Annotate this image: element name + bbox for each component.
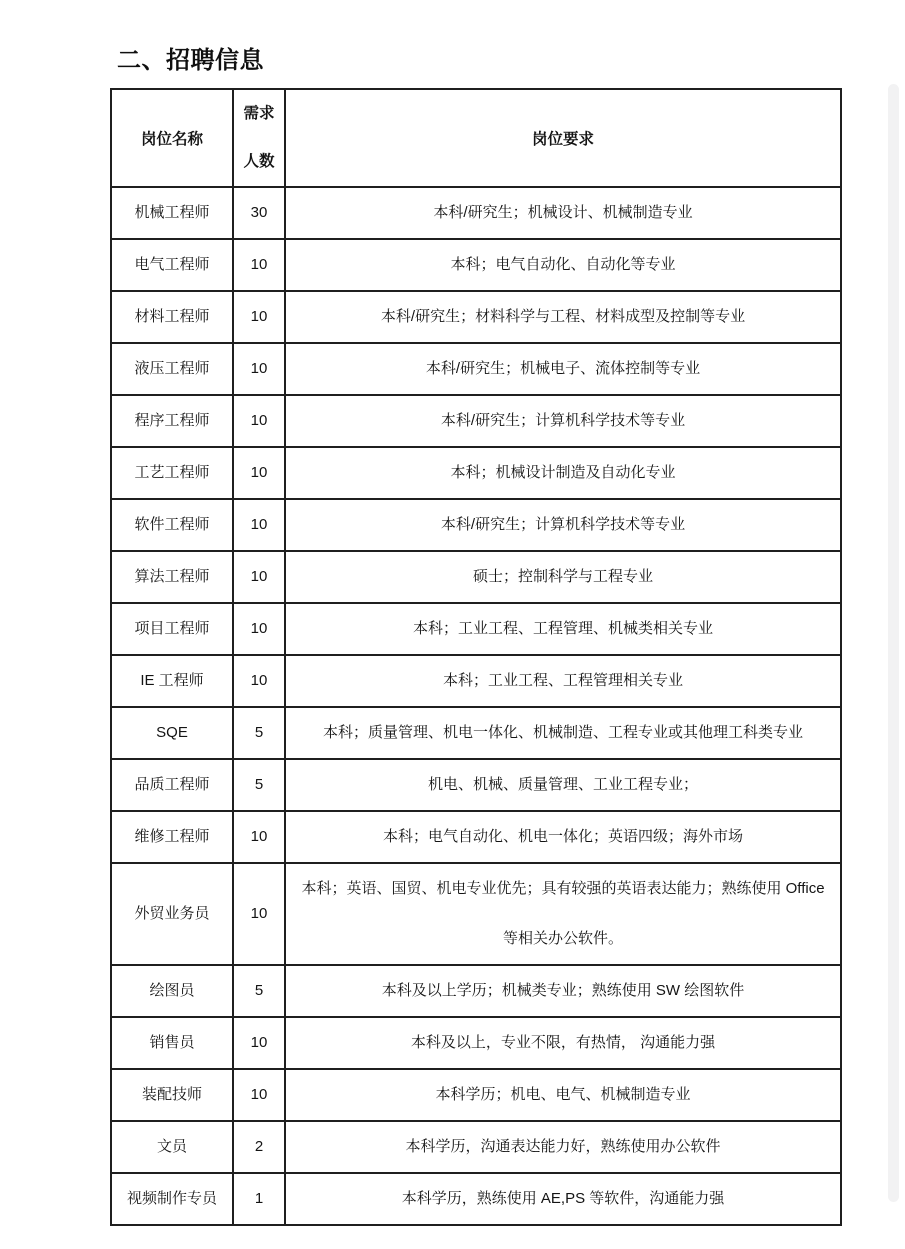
- table-row: 销售员10本科及以上，专业不限，有热情， 沟通能力强: [111, 1017, 841, 1069]
- cell-requirement: 本科/研究生；材料科学与工程、材料成型及控制等专业: [285, 291, 841, 343]
- cell-position: 电气工程师: [111, 239, 233, 291]
- cell-position: 材料工程师: [111, 291, 233, 343]
- cell-requirement: 本科/研究生；机械设计、机械制造专业: [285, 187, 841, 239]
- cell-requirement: 硕士；控制科学与工程专业: [285, 551, 841, 603]
- cell-position: 品质工程师: [111, 759, 233, 811]
- header-requirements: 岗位要求: [285, 89, 841, 187]
- cell-requirement: 本科/研究生；计算机科学技术等专业: [285, 395, 841, 447]
- table-row: SQE5本科；质量管理、机电一体化、机械制造、工程专业或其他理工科类专业: [111, 707, 841, 759]
- section-title: 二、招聘信息: [117, 40, 905, 75]
- table-row: 机械工程师30本科/研究生；机械设计、机械制造专业: [111, 187, 841, 239]
- cell-requirement: 本科/研究生；机械电子、流体控制等专业: [285, 343, 841, 395]
- cell-requirement: 本科/研究生；计算机科学技术等专业: [285, 499, 841, 551]
- table-header: 岗位名称 需求 人数 岗位要求: [111, 89, 841, 187]
- header-position: 岗位名称: [111, 89, 233, 187]
- cell-requirement: 本科；机械设计制造及自动化专业: [285, 447, 841, 499]
- cell-count: 5: [233, 759, 285, 811]
- cell-position: 液压工程师: [111, 343, 233, 395]
- cell-count: 10: [233, 863, 285, 965]
- cell-count: 10: [233, 291, 285, 343]
- cell-count: 5: [233, 707, 285, 759]
- table-row: 文员2本科学历，沟通表达能力好，熟练使用办公软件: [111, 1121, 841, 1173]
- table-row: 外贸业务员10本科；英语、国贸、机电专业优先；具有较强的英语表达能力；熟练使用 …: [111, 863, 841, 965]
- cell-position: IE 工程师: [111, 655, 233, 707]
- cell-count: 30: [233, 187, 285, 239]
- table-row: 装配技师10本科学历；机电、电气、机械制造专业: [111, 1069, 841, 1121]
- table-row: IE 工程师10本科；工业工程、工程管理相关专业: [111, 655, 841, 707]
- cell-position: 文员: [111, 1121, 233, 1173]
- cell-requirement: 本科及以上，专业不限，有热情， 沟通能力强: [285, 1017, 841, 1069]
- cell-position: 销售员: [111, 1017, 233, 1069]
- cell-requirement: 本科；电气自动化、机电一体化；英语四级；海外市场: [285, 811, 841, 863]
- cell-requirement: 本科；英语、国贸、机电专业优先；具有较强的英语表达能力；熟练使用 Office …: [285, 863, 841, 965]
- cell-count: 10: [233, 811, 285, 863]
- table-row: 程序工程师10本科/研究生；计算机科学技术等专业: [111, 395, 841, 447]
- recruitment-table: 岗位名称 需求 人数 岗位要求 机械工程师30本科/研究生；机械设计、机械制造专…: [110, 88, 842, 1226]
- cell-count: 10: [233, 603, 285, 655]
- table-row: 液压工程师10本科/研究生；机械电子、流体控制等专业: [111, 343, 841, 395]
- cell-count: 10: [233, 239, 285, 291]
- table-row: 算法工程师10硕士；控制科学与工程专业: [111, 551, 841, 603]
- cell-position: 程序工程师: [111, 395, 233, 447]
- table-row: 工艺工程师10本科；机械设计制造及自动化专业: [111, 447, 841, 499]
- cell-requirement: 本科及以上学历；机械类专业；熟练使用 SW 绘图软件: [285, 965, 841, 1017]
- table-row: 材料工程师10本科/研究生；材料科学与工程、材料成型及控制等专业: [111, 291, 841, 343]
- cell-position: 工艺工程师: [111, 447, 233, 499]
- cell-position: 算法工程师: [111, 551, 233, 603]
- cell-position: 项目工程师: [111, 603, 233, 655]
- cell-requirement: 本科；工业工程、工程管理相关专业: [285, 655, 841, 707]
- cell-count: 10: [233, 1069, 285, 1121]
- cell-position: 视频制作专员: [111, 1173, 233, 1225]
- cell-count: 5: [233, 965, 285, 1017]
- table-row: 维修工程师10本科；电气自动化、机电一体化；英语四级；海外市场: [111, 811, 841, 863]
- cell-position: 维修工程师: [111, 811, 233, 863]
- table-row: 品质工程师5机电、机械、质量管理、工业工程专业；: [111, 759, 841, 811]
- cell-position: 软件工程师: [111, 499, 233, 551]
- cell-position: 外贸业务员: [111, 863, 233, 965]
- cell-position: 绘图员: [111, 965, 233, 1017]
- table-row: 项目工程师10本科；工业工程、工程管理、机械类相关专业: [111, 603, 841, 655]
- table-row: 电气工程师10本科；电气自动化、自动化等专业: [111, 239, 841, 291]
- cell-requirement: 本科；质量管理、机电一体化、机械制造、工程专业或其他理工科类专业: [285, 707, 841, 759]
- table-row: 视频制作专员1本科学历，熟练使用 AE,PS 等软件，沟通能力强: [111, 1173, 841, 1225]
- cell-requirement: 本科学历，熟练使用 AE,PS 等软件，沟通能力强: [285, 1173, 841, 1225]
- cell-requirement: 机电、机械、质量管理、工业工程专业；: [285, 759, 841, 811]
- cell-count: 1: [233, 1173, 285, 1225]
- cell-position: 机械工程师: [111, 187, 233, 239]
- cell-requirement: 本科；电气自动化、自动化等专业: [285, 239, 841, 291]
- cell-count: 10: [233, 499, 285, 551]
- cell-count: 10: [233, 395, 285, 447]
- cell-requirement: 本科；工业工程、工程管理、机械类相关专业: [285, 603, 841, 655]
- cell-count: 10: [233, 551, 285, 603]
- cell-count: 10: [233, 1017, 285, 1069]
- header-headcount: 需求 人数: [233, 89, 285, 187]
- cell-requirement: 本科学历；机电、电气、机械制造专业: [285, 1069, 841, 1121]
- scrollbar-thumb[interactable]: [888, 84, 899, 1202]
- table-row: 软件工程师10本科/研究生；计算机科学技术等专业: [111, 499, 841, 551]
- cell-count: 10: [233, 447, 285, 499]
- table-row: 绘图员5本科及以上学历；机械类专业；熟练使用 SW 绘图软件: [111, 965, 841, 1017]
- cell-count: 2: [233, 1121, 285, 1173]
- table-body: 机械工程师30本科/研究生；机械设计、机械制造专业电气工程师10本科；电气自动化…: [111, 187, 841, 1225]
- cell-count: 10: [233, 655, 285, 707]
- document-page: 二、招聘信息 岗位名称 需求 人数 岗位要求 机械工程师30本科/研究生；机械设…: [0, 0, 905, 1226]
- header-row: 岗位名称 需求 人数 岗位要求: [111, 89, 841, 187]
- cell-position: SQE: [111, 707, 233, 759]
- cell-count: 10: [233, 343, 285, 395]
- cell-position: 装配技师: [111, 1069, 233, 1121]
- cell-requirement: 本科学历，沟通表达能力好，熟练使用办公软件: [285, 1121, 841, 1173]
